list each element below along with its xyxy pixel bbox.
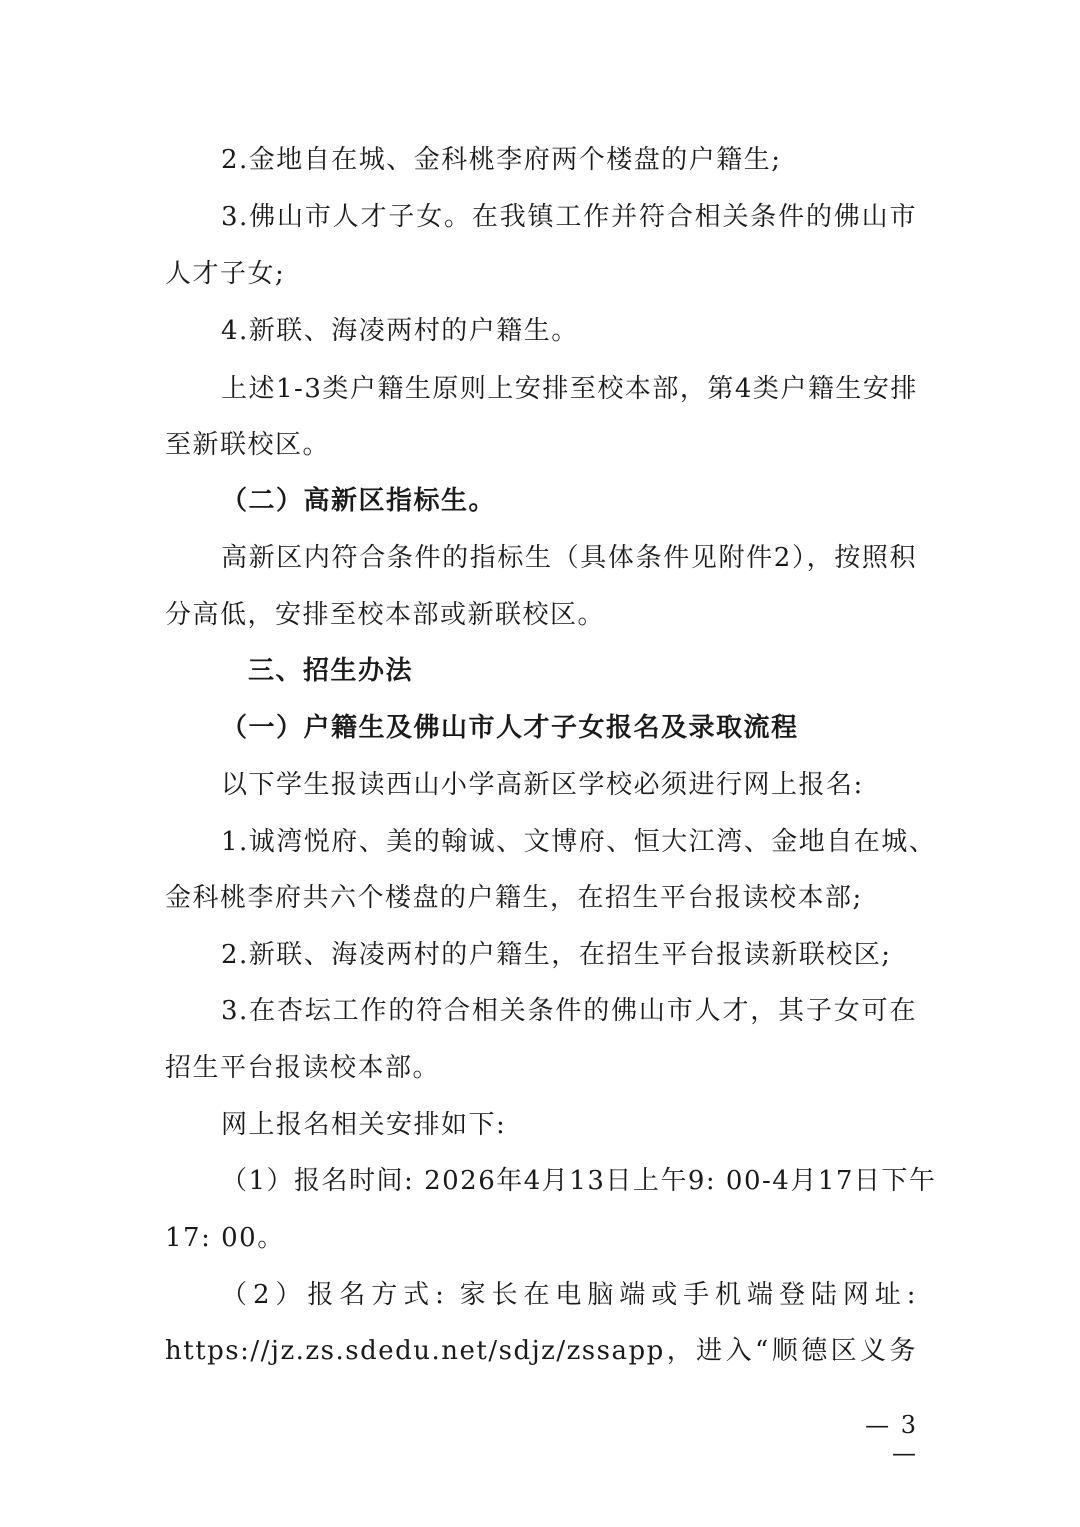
paragraph-online-intro: 以下学生报读西山小学高新区学校必须进行网上报名: xyxy=(221,769,917,801)
list-item-online-3: 3.在杏坛工作的符合相关条件的佛山市人才，其子女可在 xyxy=(221,995,917,1027)
paragraph-quota-cont: 分高低，安排至校本部或新联校区。 xyxy=(165,599,917,631)
list-item-villages: 4.新联、海凌两村的户籍生。 xyxy=(221,315,917,347)
registration-time: （1）报名时间: 2026年4月13日上午9: 00-4月17日下午 xyxy=(221,1165,917,1197)
paragraph-arrangement: 网上报名相关安排如下: xyxy=(221,1109,917,1141)
page-number: — 3 — xyxy=(836,1411,918,1467)
list-item-housing: 2.金地自在城、金科桃李府两个楼盘的户籍生; xyxy=(221,144,917,176)
list-item-online-1: 1.诚湾悦府、美的翰诚、文博府、恒大江湾、金地自在城、 xyxy=(221,826,917,858)
list-item-talent-cont: 人才子女; xyxy=(165,258,917,290)
list-item-online-3-cont: 招生平台报读校本部。 xyxy=(165,1052,917,1084)
paragraph-summary: 上述1-3类户籍生原则上安排至校本部，第4类户籍生安排 xyxy=(221,373,917,405)
list-item-online-2: 2.新联、海凌两村的户籍生，在招生平台报读新联校区; xyxy=(221,939,917,971)
document-page: 2.金地自在城、金科桃李府两个楼盘的户籍生; 3.佛山市人才子女。在我镇工作并符… xyxy=(0,0,1080,1527)
registration-time-cont: 17: 00。 xyxy=(165,1222,917,1254)
list-item-online-1-cont: 金科桃李府共六个楼盘的户籍生，在招生平台报读校本部; xyxy=(165,882,917,914)
section-heading-quota: （二）高新区指标生。 xyxy=(221,485,917,517)
registration-method: （2）报名方式: 家长在电脑端或手机端登陆网址: xyxy=(221,1279,917,1311)
paragraph-quota: 高新区内符合条件的指标生（具体条件见附件2），按照积 xyxy=(221,542,917,574)
subsection-heading-registration: （一）户籍生及佛山市人才子女报名及录取流程 xyxy=(221,712,917,744)
list-item-talent: 3.佛山市人才子女。在我镇工作并符合相关条件的佛山市 xyxy=(221,201,917,233)
paragraph-summary-cont: 至新联校区。 xyxy=(165,429,917,461)
section-heading-enrollment-method: 三、招生办法 xyxy=(248,655,917,687)
registration-url-line: https://jz.zs.sdedu.net/sdjz/zssapp，进入“顺… xyxy=(165,1335,917,1367)
